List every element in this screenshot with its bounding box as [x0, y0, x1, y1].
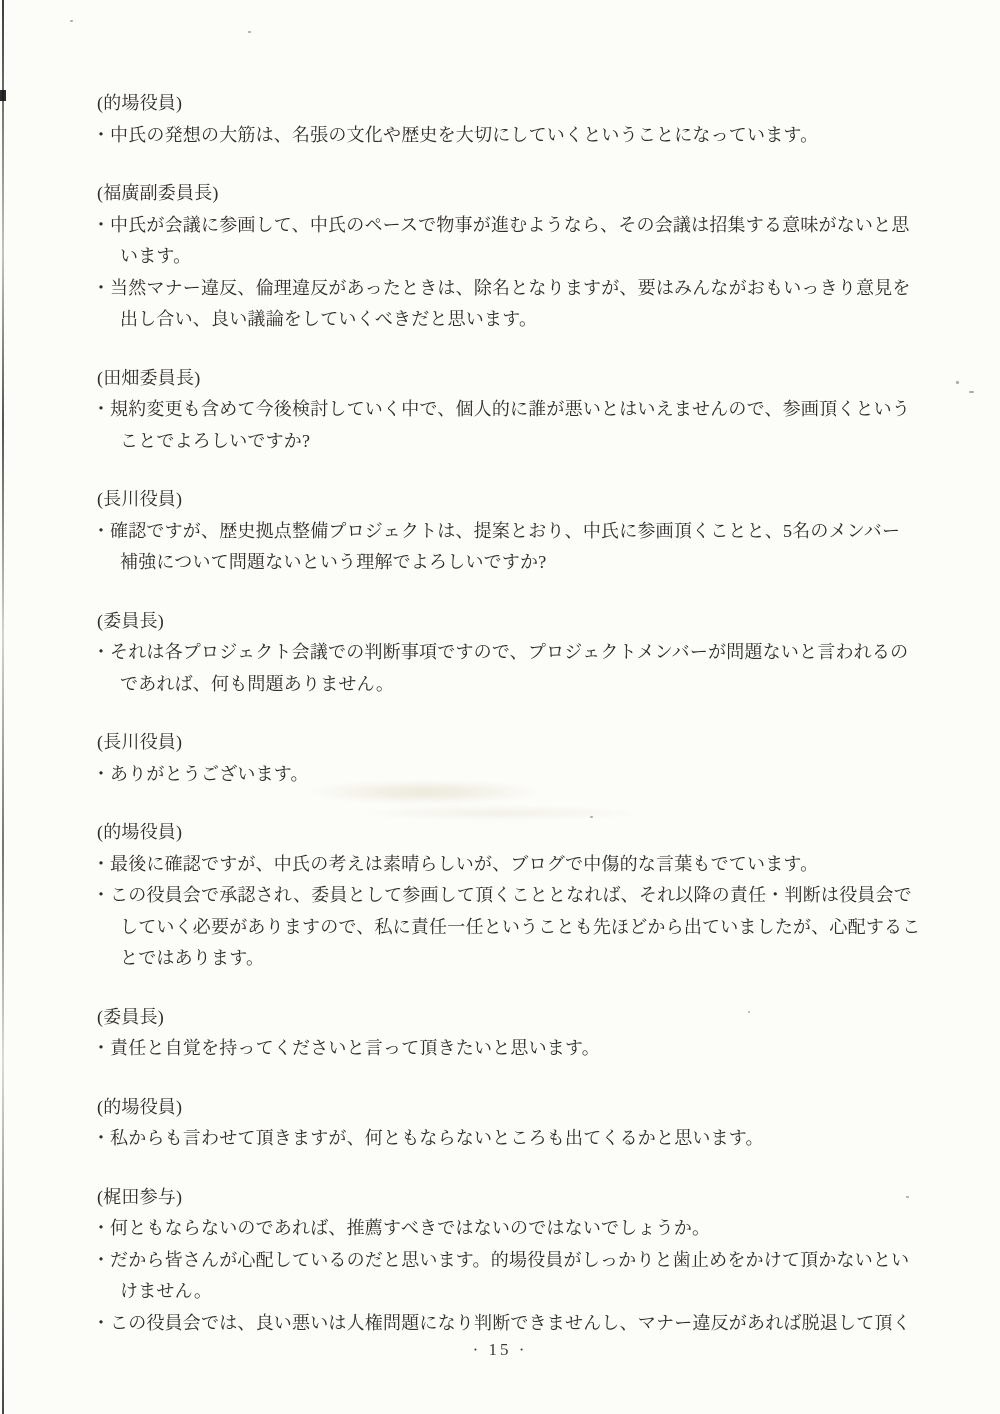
speaker-block: (梶田参与)・何ともならないのであれば、推薦すべきではないのではないでしょうか。…	[92, 1182, 922, 1340]
utterance-line: ・責任と自覚を持ってくださいと言って頂きたいと思います。	[92, 1033, 922, 1065]
utterance-text: 何ともならないのであれば、推薦すべきではないのではないでしょうか。	[110, 1218, 710, 1238]
bullet-marker: ・	[92, 1033, 110, 1065]
minutes-content: (的場役員)・中氏の発想の大筋は、名張の文化や歴史を大切にしていくということにな…	[92, 88, 922, 1366]
speaker-block: (的場役員)・最後に確認ですが、中氏の考えは素晴らしいが、ブログで中傷的な言葉も…	[92, 817, 922, 975]
bullet-marker: ・	[92, 516, 110, 548]
utterance: ・だから皆さんが心配しているのだと思います。的場役員がしっかりと歯止めをかけて頂…	[92, 1245, 922, 1308]
utterance-text: 責任と自覚を持ってくださいと言って頂きたいと思います。	[110, 1038, 600, 1058]
speaker-label: (福廣副委員長)	[92, 178, 922, 210]
speaker-block: (委員長)・責任と自覚を持ってくださいと言って頂きたいと思います。	[92, 1002, 922, 1065]
speaker-label: (長川役員)	[92, 727, 922, 759]
scan-speck	[969, 391, 974, 393]
utterance: ・私からも言わせて頂きますが、何ともならないところも出てくるかと思います。	[92, 1123, 922, 1155]
utterance-line: ことでよろしいですか?	[92, 426, 922, 458]
utterance: ・中氏が会議に参画して、中氏のペースで物事が進むようなら、その会議は招集する意味…	[92, 210, 922, 273]
speaker-label: (梶田参与)	[92, 1182, 922, 1214]
scan-speck	[248, 31, 251, 33]
utterance-line: ・ありがとうございます。	[92, 759, 922, 791]
utterance: ・確認ですが、歴史拠点整備プロジェクトは、提案とおり、中氏に参画頂くことと、5名…	[92, 516, 922, 579]
bullet-marker: ・	[92, 394, 110, 426]
utterance-line: ・規約変更も含めて今後検討していく中で、個人的に誰が悪いとはいえませんので、参画…	[92, 394, 922, 426]
speaker-block: (長川役員)・確認ですが、歴史拠点整備プロジェクトは、提案とおり、中氏に参画頂く…	[92, 484, 922, 579]
utterance-line: ・私からも言わせて頂きますが、何ともならないところも出てくるかと思います。	[92, 1123, 922, 1155]
utterance: ・当然マナー違反、倫理違反があったときは、除名となりますが、要はみんながおもいっ…	[92, 273, 922, 336]
utterance: ・責任と自覚を持ってくださいと言って頂きたいと思います。	[92, 1033, 922, 1065]
speaker-block: (委員長)・それは各プロジェクト会議での判断事項ですので、プロジェクトメンバーが…	[92, 606, 922, 701]
utterance-line: ・当然マナー違反、倫理違反があったときは、除名となりますが、要はみんながおもいっ…	[92, 273, 922, 305]
utterance: ・ありがとうございます。	[92, 759, 922, 791]
utterance-line: とではあります。	[92, 943, 922, 975]
speaker-block: (長川役員)・ありがとうございます。	[92, 727, 922, 790]
utterance-line: ・最後に確認ですが、中氏の考えは素晴らしいが、ブログで中傷的な言葉もでています。	[92, 849, 922, 881]
utterance: ・この役員会では、良い悪いは人権問題になり判断できませんし、マナー違反があれば脱…	[92, 1308, 922, 1340]
scan-speck	[956, 381, 959, 384]
utterance-line: であれば、何も問題ありません。	[92, 669, 922, 701]
utterance-text: この役員会で承認され、委員として参画して頂くこととなれば、それ以降の責任・判断は…	[110, 885, 912, 905]
utterance: ・それは各プロジェクト会議での判断事項ですので、プロジェクトメンバーが問題ないと…	[92, 637, 922, 700]
bullet-marker: ・	[92, 637, 110, 669]
utterance: ・この役員会で承認され、委員として参画して頂くこととなれば、それ以降の責任・判断…	[92, 880, 922, 975]
bullet-marker: ・	[92, 210, 110, 242]
speaker-label: (的場役員)	[92, 1092, 922, 1124]
utterance-line: ・確認ですが、歴史拠点整備プロジェクトは、提案とおり、中氏に参画頂くことと、5名…	[92, 516, 922, 548]
utterance: ・最後に確認ですが、中氏の考えは素晴らしいが、ブログで中傷的な言葉もでています。	[92, 849, 922, 881]
utterance-line: けません。	[92, 1276, 922, 1308]
speaker-block: (福廣副委員長)・中氏が会議に参画して、中氏のペースで物事が進むようなら、その会…	[92, 178, 922, 336]
utterance-line: ・この役員会で承認され、委員として参画して頂くこととなれば、それ以降の責任・判断…	[92, 880, 922, 912]
bullet-marker: ・	[92, 1245, 110, 1277]
utterance-line: ・中氏が会議に参画して、中氏のペースで物事が進むようなら、その会議は招集する意味…	[92, 210, 922, 242]
speaker-label: (的場役員)	[92, 88, 922, 120]
bullet-marker: ・	[92, 120, 110, 152]
speaker-block: (的場役員)・中氏の発想の大筋は、名張の文化や歴史を大切にしていくということにな…	[92, 88, 922, 151]
utterance-line: います。	[92, 241, 922, 273]
utterance-line: ・それは各プロジェクト会議での判断事項ですので、プロジェクトメンバーが問題ないと…	[92, 637, 922, 669]
utterance-text: 中氏が会議に参画して、中氏のペースで物事が進むようなら、その会議は招集する意味が…	[110, 215, 910, 235]
speaker-label: (委員長)	[92, 606, 922, 638]
utterance-text: 最後に確認ですが、中氏の考えは素晴らしいが、ブログで中傷的な言葉もでています。	[110, 854, 818, 874]
utterance-line: していく必要がありますので、私に責任一任ということも先ほどから出ていましたが、心…	[92, 912, 922, 944]
utterance-text: 中氏の発想の大筋は、名張の文化や歴史を大切にしていくということになっています。	[110, 125, 818, 145]
utterance-line: ・中氏の発想の大筋は、名張の文化や歴史を大切にしていくということになっています。	[92, 120, 922, 152]
bullet-marker: ・	[92, 1308, 110, 1340]
scan-speck	[70, 20, 73, 22]
utterance-text: だから皆さんが心配しているのだと思います。的場役員がしっかりと歯止めをかけて頂か…	[110, 1250, 909, 1270]
bullet-marker: ・	[92, 759, 110, 791]
utterance-line: ・だから皆さんが心配しているのだと思います。的場役員がしっかりと歯止めをかけて頂…	[92, 1245, 922, 1277]
utterance: ・何ともならないのであれば、推薦すべきではないのではないでしょうか。	[92, 1213, 922, 1245]
speaker-block: (的場役員)・私からも言わせて頂きますが、何ともならないところも出てくるかと思い…	[92, 1092, 922, 1155]
scan-edge-notch-artifact	[0, 90, 6, 101]
utterance-line: ・何ともならないのであれば、推薦すべきではないのではないでしょうか。	[92, 1213, 922, 1245]
utterance: ・中氏の発想の大筋は、名張の文化や歴史を大切にしていくということになっています。	[92, 120, 922, 152]
utterance-line: 補強について問題ないという理解でよろしいですか?	[92, 547, 922, 579]
utterance-text: 確認ですが、歴史拠点整備プロジェクトは、提案とおり、中氏に参画頂くことと、5名の…	[110, 521, 900, 541]
speaker-label: (田畑委員長)	[92, 363, 922, 395]
utterance-text: それは各プロジェクト会議での判断事項ですので、プロジェクトメンバーが問題ないと言…	[110, 642, 908, 662]
scan-edge-artifact	[2, 0, 4, 1414]
utterance-text: 当然マナー違反、倫理違反があったときは、除名となりますが、要はみんながおもいっき…	[110, 278, 911, 298]
bullet-marker: ・	[92, 880, 110, 912]
utterance-text: 規約変更も含めて今後検討していく中で、個人的に誰が悪いとはいえませんので、参画頂…	[110, 399, 910, 419]
utterance-text: ありがとうございます。	[110, 764, 309, 784]
utterance-text: 私からも言わせて頂きますが、何ともならないところも出てくるかと思います。	[110, 1128, 764, 1148]
utterance-line: 出し合い、良い議論をしていくべきだと思います。	[92, 304, 922, 336]
utterance-text: この役員会では、良い悪いは人権問題になり判断できませんし、マナー違反があれば脱退…	[110, 1313, 911, 1333]
bullet-marker: ・	[92, 849, 110, 881]
utterance: ・規約変更も含めて今後検討していく中で、個人的に誰が悪いとはいえませんので、参画…	[92, 394, 922, 457]
speaker-label: (長川役員)	[92, 484, 922, 516]
utterance-line: ・この役員会では、良い悪いは人権問題になり判断できませんし、マナー違反があれば脱…	[92, 1308, 922, 1340]
page-number: · 15 ·	[0, 1340, 1000, 1360]
bullet-marker: ・	[92, 273, 110, 305]
bullet-marker: ・	[92, 1213, 110, 1245]
speaker-block: (田畑委員長)・規約変更も含めて今後検討していく中で、個人的に誰が悪いとはいえま…	[92, 363, 922, 458]
bullet-marker: ・	[92, 1123, 110, 1155]
speaker-label: (的場役員)	[92, 817, 922, 849]
speaker-label: (委員長)	[92, 1002, 922, 1034]
